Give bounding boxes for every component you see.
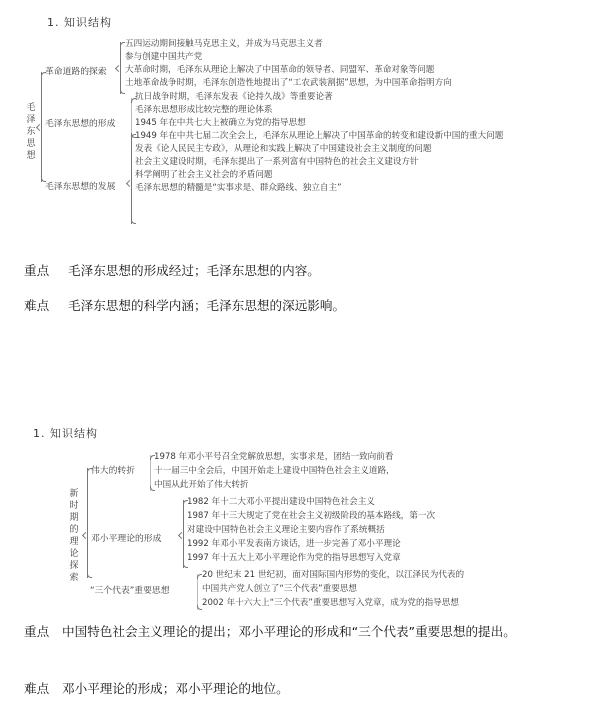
difficult-points-text: 邓小平理论的形成；邓小平理论的地位。 [62,681,289,696]
branch-2-3-item: 2002 年十六大上“三个代表”重要思想写入党章，成为党的指导思想 [202,597,459,610]
branch-1-item: 土地革命战争时期，毛泽东创造性地提出了“工农武装割据”思想，为中国革命指明方向 [125,77,452,90]
branch-2-1-item: 中国从此开始了伟大转折 [154,479,249,492]
branch-2-2-item: 1987 年十三大规定了党在社会主义初级阶段的基本路线，第一次 [187,510,435,523]
section-1-root-label: 毛泽东思想 [25,102,37,162]
branch-1-item: 五四运动期间接触马克思主义，并成为马克思主义者 [125,38,323,51]
branch-2-2-item: 对建设中国特色社会主义理论主要内容作了系统概括 [187,524,385,537]
root-brace-2 [87,468,88,578]
branch-2-1-item: 1978 年邓小平号召全党解放思想，实事求是，团结一致向前看 [154,451,393,464]
section-2-difficult-points: 难点邓小平理论的形成；邓小平理论的地位。 [24,679,289,699]
difficult-points-tag: 难点 [24,296,68,316]
branch-3-brace [131,134,132,224]
branch-2-2-item: 1992 年邓小平发表南方谈话，进一步完善了邓小平理论 [187,538,401,551]
branch-2-2-item: 1997 年十五大上邓小平理论作为党的指导思想写入党章 [187,552,401,565]
branch-3-item: 1949 年在中共七届二次全会上，毛泽东从理论上解决了中国革命的转变和建设新中国… [135,130,503,143]
section-2-key-points: 重点中国特色社会主义理论的提出；邓小平理论的形成和“三个代表”重要思想的提出。 [24,622,569,642]
key-points-text: 毛泽东思想的形成经过；毛泽东思想的内容。 [68,263,320,278]
branch-2-1-item: 十一届三中全会后，中国开始走上建设中国特色社会主义道路， [154,465,395,478]
key-points-tag: 重点 [24,261,68,281]
branch-2-item: 抗日战争时期，毛泽东发表《论持久战》等重要论著 [135,91,333,104]
section-2-heading: 1. 知识结构 [33,425,98,441]
branch-2-item: 1945 年在中共七大上被确立为党的指导思想 [135,117,306,130]
branch-1-item: 大革命时期，毛泽东从理论上解决了中国革命的领导者、同盟军、革命对象等问题 [125,64,434,77]
section-1-difficult-points: 难点毛泽东思想的科学内涵；毛泽东思想的深远影响。 [24,296,345,316]
branch-deng-theory-formation: 邓小平理论的形成 [91,531,161,544]
branch-2-2-item: 1982 年十二大邓小平提出建设中国特色社会主义 [187,496,375,509]
branch-2-brace [131,98,132,138]
branch-3-item: 社会主义建设时期，毛泽东提出了一系列富有中国特色的社会主义建设方针 [135,156,419,169]
branch-2-3-item: 中国共产党人创立了“三个代表”重要思想 [202,583,357,596]
branch-2-1-brace [150,455,151,491]
branch-2-3-item: 20 世纪末 21 世纪初，面对国际国内形势的变化，以江泽民为代表的 [202,569,464,582]
section-2-root-label: 新时期的理论探索 [68,488,80,584]
key-points-tag: 重点 [24,622,62,642]
branch-2-item: 毛泽东思想形成比较完整的理论体系 [135,104,273,117]
branch-great-turn: 伟大的转折 [91,463,135,476]
branch-3-item: 科学阐明了社会主义社会的矛盾问题 [135,169,273,182]
branch-1-item: 参与创建中国共产党 [125,51,202,64]
branch-mao-thought-formation: 毛泽东思想的形成 [45,116,115,129]
difficult-points-tag: 难点 [24,679,62,699]
branch-3-item: 毛泽东思想的精髓是“实事求是、群众路线、独立自主” [135,182,342,195]
branch-3-item: 发表《论人民民主专政》，从理论和实践上解决了中国建设社会主义制度的问题 [135,143,431,156]
branch-revolution-path: 革命道路的探索 [45,64,107,77]
branch-2-3-brace [197,574,198,610]
branch-three-represents: “三个代表”重要思想 [90,583,170,596]
key-points-text: 中国特色社会主义理论的提出；邓小平理论的形成和“三个代表”重要思想的提出。 [62,624,516,639]
section-1-key-points: 重点毛泽东思想的形成经过；毛泽东思想的内容。 [24,261,320,281]
section-1-heading: 1. 知识结构 [47,14,112,30]
difficult-points-text: 毛泽东思想的科学内涵；毛泽东思想的深远影响。 [68,298,345,313]
branch-mao-thought-development: 毛泽东思想的发展 [45,179,115,192]
